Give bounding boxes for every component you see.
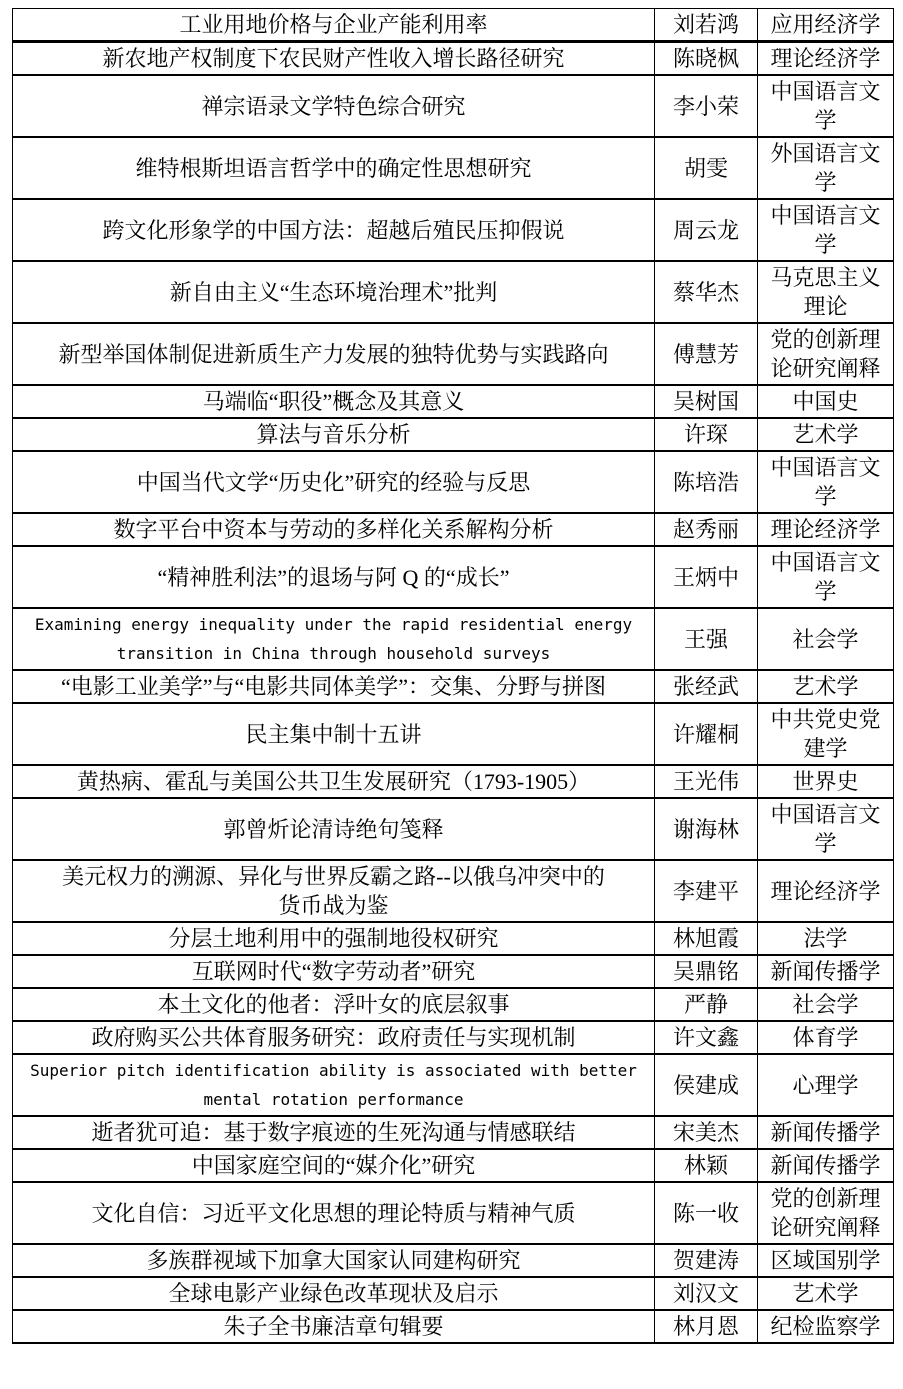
table-row: 中国家庭空间的“媒介化”研究 林颖 新闻传播学 [13, 1149, 894, 1182]
projects-table-body: 工业用地价格与企业产能利用率 刘若鸿 应用经济学 新农地产权制度下农民财产性收入… [13, 9, 894, 1344]
author-cell: 李建平 [655, 860, 758, 922]
discipline-cell: 纪检监察学 [758, 1310, 894, 1343]
table-row: 新自由主义“生态环境治理术”批判 蔡华杰 马克思主义理论 [13, 261, 894, 323]
table-row: 郭曾炘论清诗绝句笺释 谢海林 中国语言文学 [13, 798, 894, 860]
table-row: Examining energy inequality under the ra… [13, 608, 894, 670]
table-row: 中国当代文学“历史化”研究的经验与反思 陈培浩 中国语言文学 [13, 451, 894, 513]
author-cell: 李小荣 [655, 75, 758, 137]
project-title-cell: 工业用地价格与企业产能利用率 [13, 9, 655, 42]
table-row: 多族群视域下加拿大国家认同建构研究 贺建涛 区域国别学 [13, 1244, 894, 1277]
project-title-cell: 政府购买公共体育服务研究：政府责任与实现机制 [13, 1021, 655, 1054]
document-page: 工业用地价格与企业产能利用率 刘若鸿 应用经济学 新农地产权制度下农民财产性收入… [0, 0, 903, 1389]
project-title-cell: 马端临“职役”概念及其意义 [13, 385, 655, 418]
discipline-cell: 中国语言文学 [758, 75, 894, 137]
project-title-cell: Examining energy inequality under the ra… [13, 608, 655, 670]
project-title-cell: “电影工业美学”与“电影共同体美学”：交集、分野与拼图 [13, 670, 655, 703]
discipline-cell: 区域国别学 [758, 1244, 894, 1277]
project-title-cell: 本土文化的他者：浮叶女的底层叙事 [13, 988, 655, 1021]
discipline-cell: 艺术学 [758, 1277, 894, 1310]
project-title-cell: 逝者犹可追：基于数字痕迹的生死沟通与情感联结 [13, 1116, 655, 1149]
author-cell: 刘若鸿 [655, 9, 758, 42]
table-row: 新型举国体制促进新质生产力发展的独特优势与实践路向 傅慧芳 党的创新理论研究阐释 [13, 323, 894, 385]
project-title-cell: 新自由主义“生态环境治理术”批判 [13, 261, 655, 323]
author-cell: 吴树国 [655, 385, 758, 418]
project-title-cell: 禅宗语录文学特色综合研究 [13, 75, 655, 137]
author-cell: 许耀桐 [655, 703, 758, 765]
discipline-cell: 理论经济学 [758, 513, 894, 546]
project-title-cell: 新农地产权制度下农民财产性收入增长路径研究 [13, 42, 655, 76]
project-title-cell: 数字平台中资本与劳动的多样化关系解构分析 [13, 513, 655, 546]
projects-table: 工业用地价格与企业产能利用率 刘若鸿 应用经济学 新农地产权制度下农民财产性收入… [12, 8, 894, 1344]
discipline-cell: 中国语言文学 [758, 798, 894, 860]
discipline-cell: 外国语言文学 [758, 137, 894, 199]
discipline-cell: 法学 [758, 922, 894, 955]
table-row: 美元权力的溯源、异化与世界反霸之路--以俄乌冲突中的货币战为鉴 李建平 理论经济… [13, 860, 894, 922]
project-title-cell: “精神胜利法”的退场与阿 Q 的“成长” [13, 546, 655, 608]
table-row: 本土文化的他者：浮叶女的底层叙事 严静 社会学 [13, 988, 894, 1021]
project-title-cell: 算法与音乐分析 [13, 418, 655, 451]
discipline-cell: 理论经济学 [758, 860, 894, 922]
discipline-cell: 党的创新理论研究阐释 [758, 323, 894, 385]
table-row: 算法与音乐分析 许琛 艺术学 [13, 418, 894, 451]
author-cell: 宋美杰 [655, 1116, 758, 1149]
discipline-cell: 心理学 [758, 1054, 894, 1116]
author-cell: 王光伟 [655, 765, 758, 798]
author-cell: 赵秀丽 [655, 513, 758, 546]
discipline-cell: 理论经济学 [758, 42, 894, 76]
table-row: “精神胜利法”的退场与阿 Q 的“成长” 王炳中 中国语言文学 [13, 546, 894, 608]
table-row: “电影工业美学”与“电影共同体美学”：交集、分野与拼图 张经武 艺术学 [13, 670, 894, 703]
table-row: 禅宗语录文学特色综合研究 李小荣 中国语言文学 [13, 75, 894, 137]
table-row: 马端临“职役”概念及其意义 吴树国 中国史 [13, 385, 894, 418]
discipline-cell: 艺术学 [758, 670, 894, 703]
author-cell: 林旭霞 [655, 922, 758, 955]
discipline-cell: 新闻传播学 [758, 955, 894, 988]
project-title-cell: 民主集中制十五讲 [13, 703, 655, 765]
table-row: 逝者犹可追：基于数字痕迹的生死沟通与情感联结 宋美杰 新闻传播学 [13, 1116, 894, 1149]
project-title-cell: 分层土地利用中的强制地役权研究 [13, 922, 655, 955]
discipline-cell: 应用经济学 [758, 9, 894, 42]
project-title-cell: 朱子全书廉洁章句辑要 [13, 1310, 655, 1343]
project-title-cell: 跨文化形象学的中国方法：超越后殖民压抑假说 [13, 199, 655, 261]
author-cell: 陈培浩 [655, 451, 758, 513]
discipline-cell: 新闻传播学 [758, 1116, 894, 1149]
author-cell: 胡雯 [655, 137, 758, 199]
discipline-cell: 中国语言文学 [758, 451, 894, 513]
author-cell: 许琛 [655, 418, 758, 451]
project-title-cell: 多族群视域下加拿大国家认同建构研究 [13, 1244, 655, 1277]
table-row: 分层土地利用中的强制地役权研究 林旭霞 法学 [13, 922, 894, 955]
author-cell: 许文鑫 [655, 1021, 758, 1054]
author-cell: 贺建涛 [655, 1244, 758, 1277]
discipline-cell: 艺术学 [758, 418, 894, 451]
project-title-cell: 维特根斯坦语言哲学中的确定性思想研究 [13, 137, 655, 199]
project-title-cell: 郭曾炘论清诗绝句笺释 [13, 798, 655, 860]
table-row: 维特根斯坦语言哲学中的确定性思想研究 胡雯 外国语言文学 [13, 137, 894, 199]
project-title-cell: 中国家庭空间的“媒介化”研究 [13, 1149, 655, 1182]
author-cell: 吴鼎铭 [655, 955, 758, 988]
project-title-cell: 文化自信：习近平文化思想的理论特质与精神气质 [13, 1182, 655, 1244]
project-title-cell: 黄热病、霍乱与美国公共卫生发展研究（1793-1905） [13, 765, 655, 798]
discipline-cell: 中国语言文学 [758, 546, 894, 608]
project-title-cell: 中国当代文学“历史化”研究的经验与反思 [13, 451, 655, 513]
table-row: Superior pitch identification ability is… [13, 1054, 894, 1116]
table-row: 工业用地价格与企业产能利用率 刘若鸿 应用经济学 [13, 9, 894, 42]
project-title-cell: 新型举国体制促进新质生产力发展的独特优势与实践路向 [13, 323, 655, 385]
project-title-cell: 美元权力的溯源、异化与世界反霸之路--以俄乌冲突中的货币战为鉴 [13, 860, 655, 922]
author-cell: 陈晓枫 [655, 42, 758, 76]
project-title-cell: 全球电影产业绿色改革现状及启示 [13, 1277, 655, 1310]
table-row: 新农地产权制度下农民财产性收入增长路径研究 陈晓枫 理论经济学 [13, 42, 894, 76]
author-cell: 林月恩 [655, 1310, 758, 1343]
author-cell: 蔡华杰 [655, 261, 758, 323]
table-row: 数字平台中资本与劳动的多样化关系解构分析 赵秀丽 理论经济学 [13, 513, 894, 546]
author-cell: 谢海林 [655, 798, 758, 860]
table-row: 全球电影产业绿色改革现状及启示 刘汉文 艺术学 [13, 1277, 894, 1310]
author-cell: 严静 [655, 988, 758, 1021]
author-cell: 张经武 [655, 670, 758, 703]
discipline-cell: 新闻传播学 [758, 1149, 894, 1182]
discipline-cell: 社会学 [758, 988, 894, 1021]
discipline-cell: 社会学 [758, 608, 894, 670]
discipline-cell: 党的创新理论研究阐释 [758, 1182, 894, 1244]
project-title-cell: Superior pitch identification ability is… [13, 1054, 655, 1116]
author-cell: 侯建成 [655, 1054, 758, 1116]
author-cell: 刘汉文 [655, 1277, 758, 1310]
author-cell: 王炳中 [655, 546, 758, 608]
table-row: 跨文化形象学的中国方法：超越后殖民压抑假说 周云龙 中国语言文学 [13, 199, 894, 261]
table-row: 文化自信：习近平文化思想的理论特质与精神气质 陈一收 党的创新理论研究阐释 [13, 1182, 894, 1244]
author-cell: 王强 [655, 608, 758, 670]
author-cell: 林颖 [655, 1149, 758, 1182]
author-cell: 周云龙 [655, 199, 758, 261]
table-row: 朱子全书廉洁章句辑要 林月恩 纪检监察学 [13, 1310, 894, 1343]
table-row: 互联网时代“数字劳动者”研究 吴鼎铭 新闻传播学 [13, 955, 894, 988]
discipline-cell: 中国史 [758, 385, 894, 418]
project-title-cell: 互联网时代“数字劳动者”研究 [13, 955, 655, 988]
discipline-cell: 中国语言文学 [758, 199, 894, 261]
discipline-cell: 世界史 [758, 765, 894, 798]
discipline-cell: 中共党史党建学 [758, 703, 894, 765]
author-cell: 傅慧芳 [655, 323, 758, 385]
table-row: 黄热病、霍乱与美国公共卫生发展研究（1793-1905） 王光伟 世界史 [13, 765, 894, 798]
table-row: 民主集中制十五讲 许耀桐 中共党史党建学 [13, 703, 894, 765]
table-row: 政府购买公共体育服务研究：政府责任与实现机制 许文鑫 体育学 [13, 1021, 894, 1054]
discipline-cell: 马克思主义理论 [758, 261, 894, 323]
discipline-cell: 体育学 [758, 1021, 894, 1054]
author-cell: 陈一收 [655, 1182, 758, 1244]
